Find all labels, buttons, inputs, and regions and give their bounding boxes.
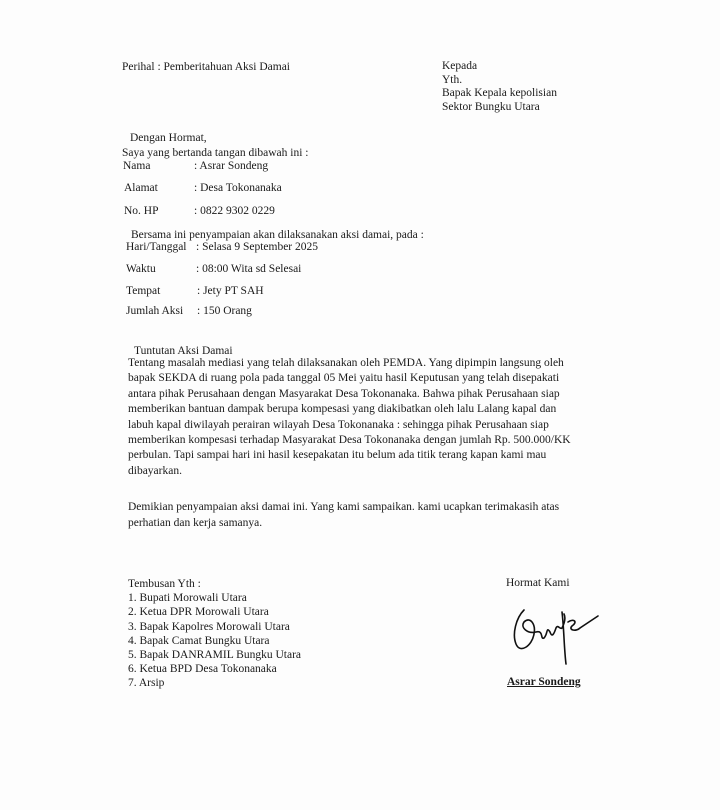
subject-line: Perihal : Pemberitahuan Aksi Damai [122,60,290,74]
identity-row-address: Alamat [124,182,158,194]
signature-icon [510,604,600,666]
identity-value-name: : Asrar Sondeng [194,160,268,172]
signature-salutation: Hormat Kami [506,577,570,589]
event-value-place: : Jety PT SAH [197,285,264,297]
paragraph-line: dibayarkan. [128,464,598,479]
cc-item: 3. Bapak Kapolres Morowali Utara [128,620,301,634]
recipient-line: Sektor Bungku Utara [442,101,557,115]
field-label: Nama [123,160,150,172]
recipient-line: Kepada [442,60,557,74]
signatory-name: Asrar Sondeng [507,676,581,688]
event-label-place: Tempat [126,285,160,297]
cc-item: 1. Bupati Morowali Utara [128,591,301,605]
paragraph-line: perbulan. Tapi sampai hari ini hasil kes… [128,448,598,463]
event-intro: Bersama ini penyampaian akan dilaksanaka… [131,228,424,242]
cc-item: 2. Ketua DPR Morowali Utara [128,605,301,619]
event-label-time: Waktu [126,263,156,275]
field-label: Alamat [124,182,158,194]
demands-paragraph: Tentang masalah mediasi yang telah dilak… [128,356,598,479]
cc-item: 7. Arsip [128,676,301,690]
cc-item: 5. Bapak DANRAMIL Bungku Utara [128,648,301,662]
paragraph-line: memberikan kompesasi terhadap Masyarakat… [128,433,598,448]
identity-row-name: Nama [123,160,150,172]
paragraph-line: bapak SEKDA di ruang pola pada tanggal 0… [128,371,598,386]
cc-title: Tembusan Yth : [128,577,301,591]
paragraph-line: perhatian dan kerja samanya. [128,515,598,531]
event-label-date: Hari/Tanggal [126,241,187,253]
closing-paragraph: Demikian penyampaian aksi damai ini. Yan… [128,499,598,531]
field-label: No. HP [124,205,159,217]
cc-item: 6. Ketua BPD Desa Tokonanaka [128,662,301,676]
paragraph-line: Demikian penyampaian aksi damai ini. Yan… [128,499,598,515]
cc-list: Tembusan Yth : 1. Bupati Morowali Utara … [128,577,301,691]
recipient-line: Yth. [442,74,557,88]
paragraph-line: Tentang masalah mediasi yang telah dilak… [128,356,598,371]
paragraph-line: memberikan bantuan dampak berupa kompesa… [128,402,598,417]
recipient-line: Bapak Kepala kepolisian [442,87,557,101]
letter-page: Perihal : Pemberitahuan Aksi Damai Kepad… [0,0,720,810]
cc-item: 4. Bapak Camat Bungku Utara [128,634,301,648]
event-value-time: : 08:00 Wita sd Selesai [196,263,301,275]
paragraph-line: antara pihak Perusahaan dengan Masyaraka… [128,387,598,402]
event-label-participants: Jumlah Aksi [126,305,183,317]
identity-row-phone: No. HP [124,205,159,217]
event-value-participants: : 150 Orang [197,305,252,317]
recipient-block: Kepada Yth. Bapak Kepala kepolisian Sekt… [442,60,557,114]
identity-value-address: : Desa Tokonanaka [194,182,282,194]
identity-value-phone: : 0822 9302 0229 [194,205,275,217]
greeting: Dengan Hormat, [130,131,207,145]
intro-text: Saya yang bertanda tangan dibawah ini : [122,146,309,160]
event-value-date: : Selasa 9 September 2025 [196,241,318,253]
paragraph-line: labuh kapal diwilayah perairan wilayah D… [128,418,598,433]
